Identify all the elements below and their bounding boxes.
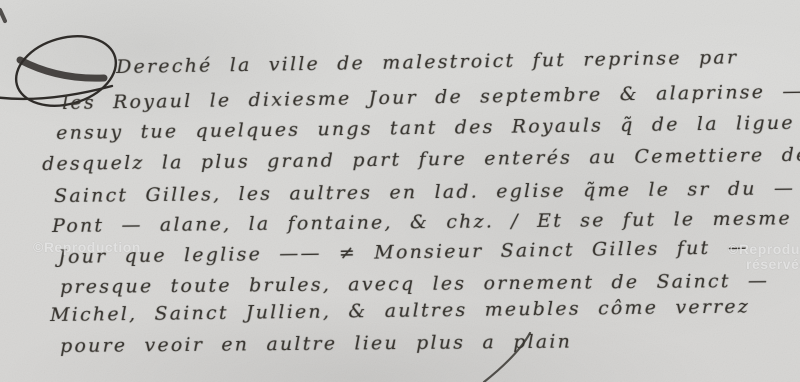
end-flourish-stroke-icon xyxy=(460,325,560,382)
watermark-reproduction-left: ©Reproduction xyxy=(33,239,141,255)
manuscript-line: Pont — alane, la fontaine, & chz. / Et s… xyxy=(52,207,800,237)
manuscript-line: Jour que leglise —— ≠ Monsieur Sainct Gi… xyxy=(58,236,749,268)
watermark-reservee-right: réservée xyxy=(746,256,800,272)
manuscript-line: Dereché la ville de malestroict fut repr… xyxy=(116,46,738,78)
manuscript-scan: Dereché la ville de malestroict fut repr… xyxy=(0,0,800,382)
manuscript-line: Michel, Sainct Jullien, & aultres meuble… xyxy=(50,295,750,326)
manuscript-line: desquelz la plus grand part fure enterés… xyxy=(42,144,800,175)
manuscript-line: Sainct Gilles, les aultres en lad. eglis… xyxy=(54,177,795,207)
watermark-reproduction-right: ©Reproduction xyxy=(728,241,800,257)
manuscript-line: presque toute brules, avecq les ornement… xyxy=(60,270,769,298)
